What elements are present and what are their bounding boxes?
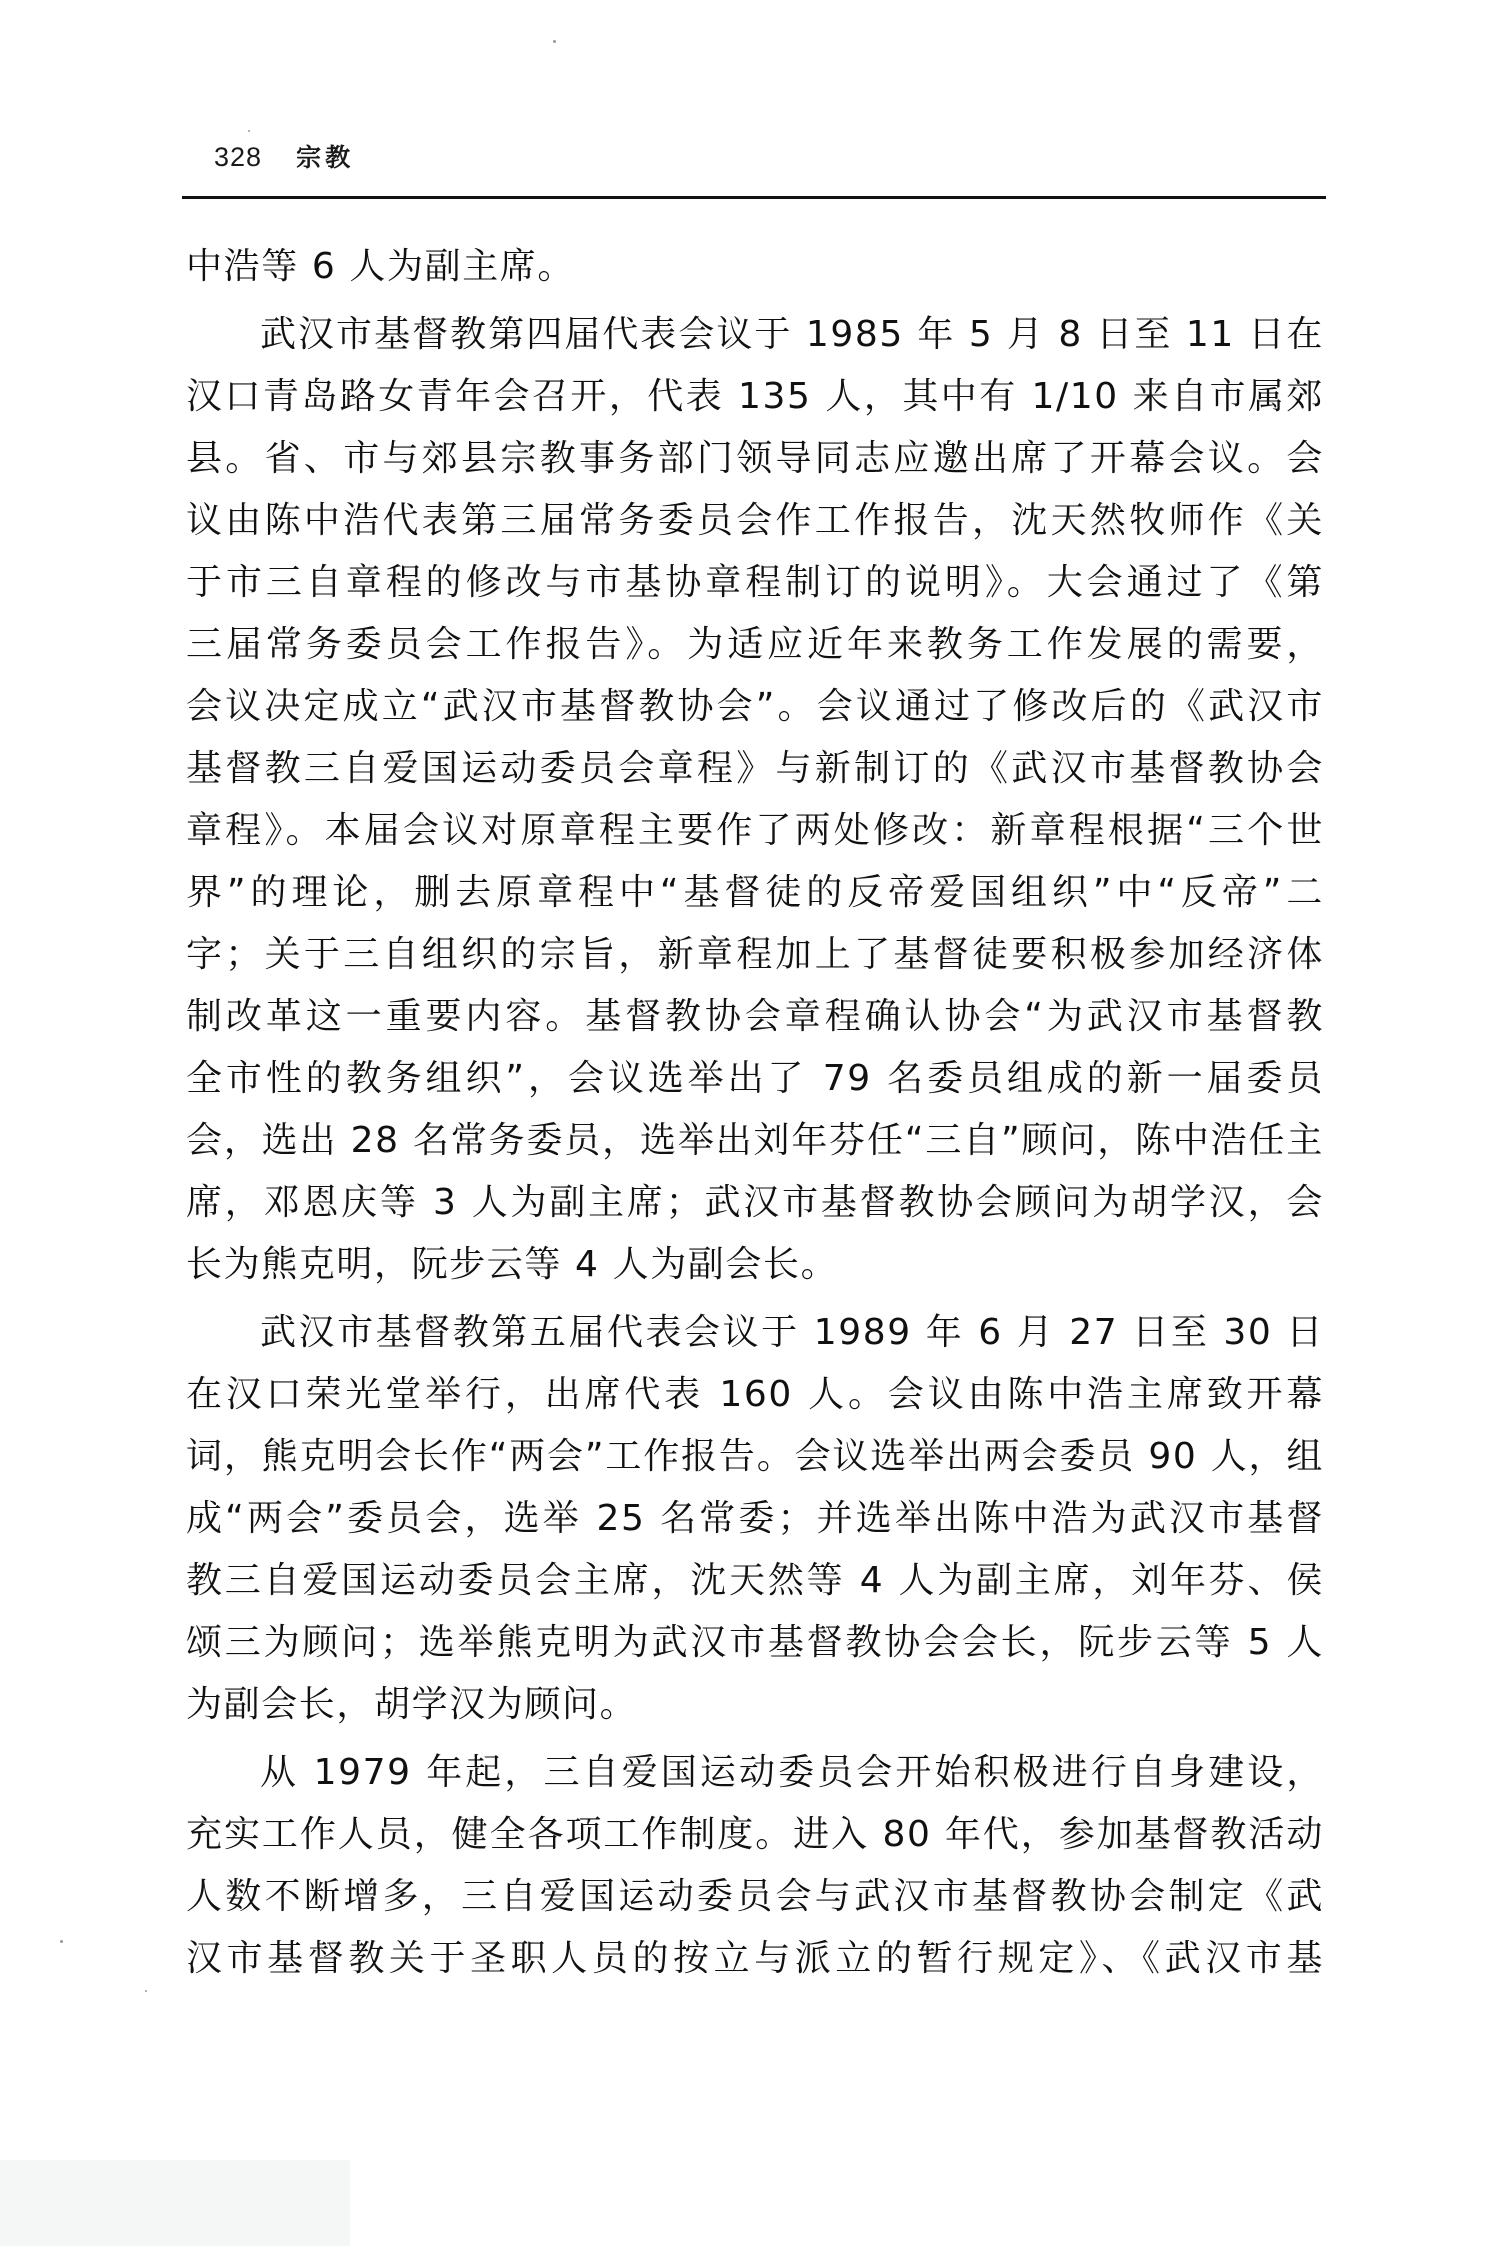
text-line: 充实工作人员，健全各项工作制度。进入 80 年代，参加基督教活动	[186, 1804, 1324, 1866]
text-line: 制改革这一重要内容。基督教协会章程确认协会“为武汉市基督教	[186, 986, 1324, 1048]
paragraph-fourth-congress: 武汉市基督教第四届代表会议于 1985 年 5 月 8 日至 11 日在 汉口青…	[186, 304, 1324, 1296]
text-line: 词，熊克明会长作“两会”工作报告。会议选举出两会委员 90 人，组	[186, 1426, 1324, 1488]
text-line: 汉口青岛路女青年会召开，代表 135 人，其中有 1/10 来自市属郊	[186, 366, 1324, 428]
scan-speck	[553, 40, 556, 43]
text-line: 县。省、市与郊县宗教事务部门领导同志应邀出席了开幕会议。会	[186, 428, 1324, 490]
page-number: 328	[214, 142, 262, 173]
text-line: 从 1979 年起，三自爱国运动委员会开始积极进行自身建设，	[186, 1742, 1324, 1804]
text-line: 于市三自章程的修改与市基协章程制订的说明》。大会通过了《第	[186, 552, 1324, 614]
text-line: 教三自爱国运动委员会主席，沈天然等 4 人为副主席，刘年芬、侯	[186, 1550, 1324, 1612]
scan-edge-shading	[0, 2160, 350, 2246]
paragraph-continuation: 中浩等 6 人为副主席。	[186, 236, 1324, 298]
text-line: 为副会长，胡学汉为顾问。	[186, 1674, 1324, 1736]
scanned-book-page: 328 宗教 中浩等 6 人为副主席。 武汉市基督教第四届代表会议于 1985 …	[0, 0, 1500, 2246]
text-line: 长为熊克明，阮步云等 4 人为副会长。	[186, 1234, 1324, 1296]
text-line: 全市性的教务组织”，会议选举出了 79 名委员组成的新一届委员	[186, 1048, 1324, 1110]
text-line: 汉市基督教关于圣职人员的按立与派立的暂行规定》、《武汉市基	[186, 1928, 1324, 1990]
scan-speck	[248, 130, 250, 132]
text-line: 人数不断增多，三自爱国运动委员会与武汉市基督教协会制定《武	[186, 1866, 1324, 1928]
scan-speck	[145, 1990, 147, 1992]
header-rule-divider	[182, 196, 1326, 199]
text-line: 会议决定成立“武汉市基督教协会”。会议通过了修改后的《武汉市	[186, 676, 1324, 738]
text-line: 成“两会”委员会，选举 25 名常委；并选举出陈中浩为武汉市基督	[186, 1488, 1324, 1550]
text-line: 界”的理论，删去原章程中“基督徒的反帝爱国组织”中“反帝”二	[186, 862, 1324, 924]
text-line: 颂三为顾问；选举熊克明为武汉市基督教协会会长，阮步云等 5 人	[186, 1612, 1324, 1674]
text-line: 席，邓恩庆等 3 人为副主席；武汉市基督教协会顾问为胡学汉，会	[186, 1172, 1324, 1234]
section-title: 宗教	[296, 138, 354, 174]
paragraph-self-building: 从 1979 年起，三自爱国运动委员会开始积极进行自身建设， 充实工作人员，健全…	[186, 1742, 1324, 1990]
text-line: 三届常务委员会工作报告》。为适应近年来教务工作发展的需要，	[186, 614, 1324, 676]
paragraph-fifth-congress: 武汉市基督教第五届代表会议于 1989 年 6 月 27 日至 30 日 在汉口…	[186, 1302, 1324, 1736]
text-line: 中浩等 6 人为副主席。	[186, 236, 1324, 298]
text-line: 会，选出 28 名常务委员，选举出刘年芬任“三自”顾问，陈中浩任主	[186, 1110, 1324, 1172]
body-text: 中浩等 6 人为副主席。 武汉市基督教第四届代表会议于 1985 年 5 月 8…	[186, 236, 1324, 1990]
running-header: 328 宗教	[214, 138, 354, 178]
text-line: 字；关于三自组织的宗旨，新章程加上了基督徒要积极参加经济体	[186, 924, 1324, 986]
text-line: 章程》。本届会议对原章程主要作了两处修改：新章程根据“三个世	[186, 800, 1324, 862]
scan-speck	[60, 1940, 63, 1943]
text-line: 在汉口荣光堂举行，出席代表 160 人。会议由陈中浩主席致开幕	[186, 1364, 1324, 1426]
text-line: 议由陈中浩代表第三届常务委员会作工作报告，沈天然牧师作《关	[186, 490, 1324, 552]
text-line: 基督教三自爱国运动委员会章程》与新制订的《武汉市基督教协会	[186, 738, 1324, 800]
text-line: 武汉市基督教第五届代表会议于 1989 年 6 月 27 日至 30 日	[186, 1302, 1324, 1364]
text-line: 武汉市基督教第四届代表会议于 1985 年 5 月 8 日至 11 日在	[186, 304, 1324, 366]
